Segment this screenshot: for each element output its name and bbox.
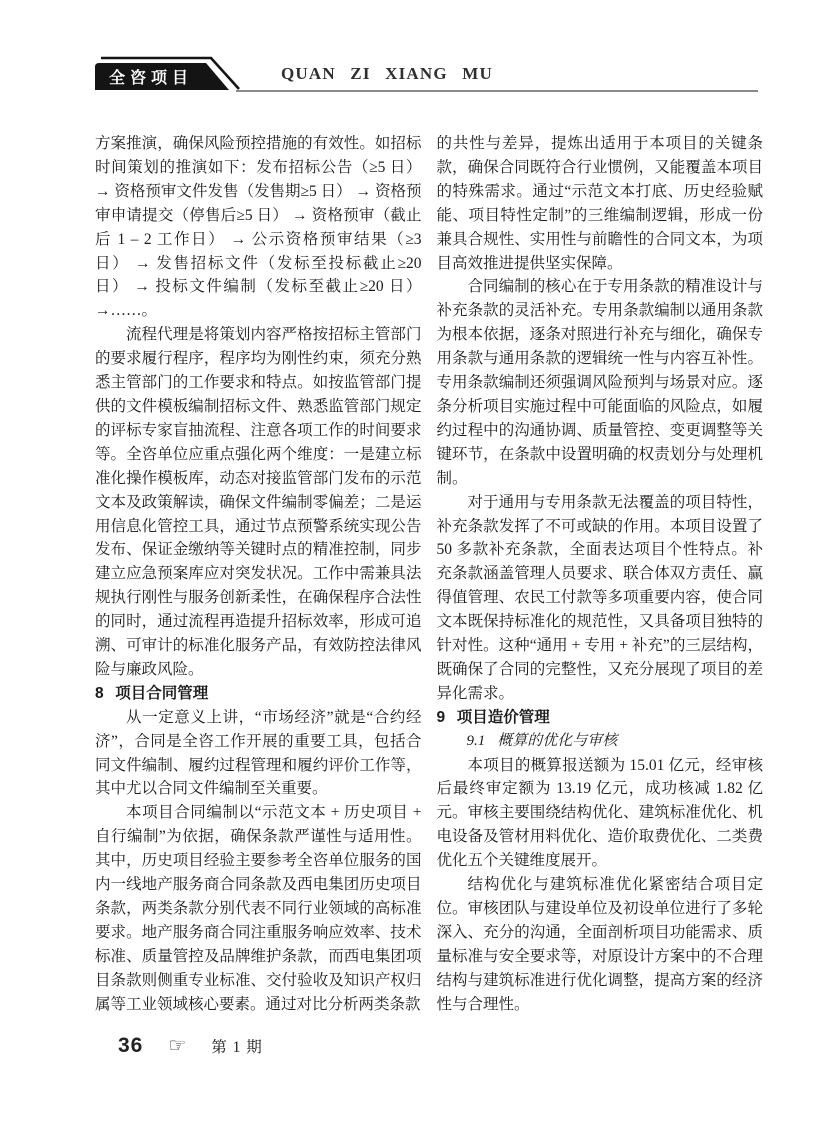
paragraph-contract-basis: 本项目合同编制以“示范文本 + 历史项目 + 自行编制”为依据，确保条款严谨性与…	[95, 801, 422, 1016]
page-number: 36	[118, 1034, 143, 1058]
section-heading-9: 9项目造价管理	[437, 706, 764, 730]
paragraph-budget-review: 本项目的概算报送额为 15.01 亿元，经审核后最终审定额为 13.19 亿元，…	[437, 754, 764, 874]
section-number: 9	[437, 709, 446, 726]
page-footer: 36 ☞ 第 1 期	[118, 1033, 263, 1058]
section-heading-8: 8项目合同管理	[95, 682, 422, 706]
masthead-rule	[236, 90, 758, 92]
article-body: 方案推演，确保风险预控措施的有效性。如招标时间策划的推演如下：发布招标公告（≥5…	[95, 132, 763, 1017]
pointing-hand-icon: ☞	[168, 1033, 186, 1058]
journal-page: 全咨项目 QUAN ZI XIANG MU 方案推演，确保风险预控措施的有效性。…	[0, 0, 839, 1146]
subsection-number: 9.1	[467, 733, 486, 749]
issue-label: 第 1 期	[211, 1035, 263, 1057]
section-title: 项目合同管理	[115, 685, 208, 702]
paragraph-continuation: 方案推演，确保风险预控措施的有效性。如招标时间策划的推演如下：发布招标公告（≥5…	[95, 132, 422, 323]
paragraph-structure-optimization: 结构优化与建筑标准优化紧密结合项目定位。审核团队与建设单位及初设单位进行了多轮深…	[437, 873, 764, 1016]
paragraph-supplement-terms: 对于通用与专用条款无法覆盖的项目特性，补充条款发挥了不可或缺的作用。本项目设置了…	[437, 491, 764, 706]
paragraph-special-terms: 合同编制的核心在于专用条款的精准设计与补充条款的灵活补充。专用条款编制以通用条款…	[437, 275, 764, 490]
paragraph-market-economy: 从一定意义上讲，“市场经济”就是“合约经济”，合同是全咨工作开展的重要工具，包括…	[95, 706, 422, 802]
subsection-heading-9-1: 9.1概算的优化与审核	[437, 730, 764, 754]
badge-label: 全咨项目	[109, 68, 193, 87]
section-title: 项目造价管理	[457, 709, 550, 726]
paragraph-commonality: 的共性与差异，提炼出适用于本项目的关键条款，确保合同既符合行业惯例，又能覆盖本项…	[437, 132, 764, 275]
masthead-subtitle: QUAN ZI XIANG MU	[281, 64, 493, 84]
paragraph-process-agency: 流程代理是将策划内容严格按招标主管部门的要求履行程序，程序均为刚性约束，须充分熟…	[95, 323, 422, 682]
subsection-title: 概算的优化与审核	[497, 733, 617, 749]
right-column: 的共性与差异，提炼出适用于本项目的关键条款，确保合同既符合行业惯例，又能覆盖本项…	[437, 132, 764, 1017]
left-column: 方案推演，确保风险预控措施的有效性。如招标时间策划的推演如下：发布招标公告（≥5…	[95, 132, 422, 1017]
section-number: 8	[95, 685, 104, 702]
section-badge: 全咨项目	[93, 56, 245, 92]
